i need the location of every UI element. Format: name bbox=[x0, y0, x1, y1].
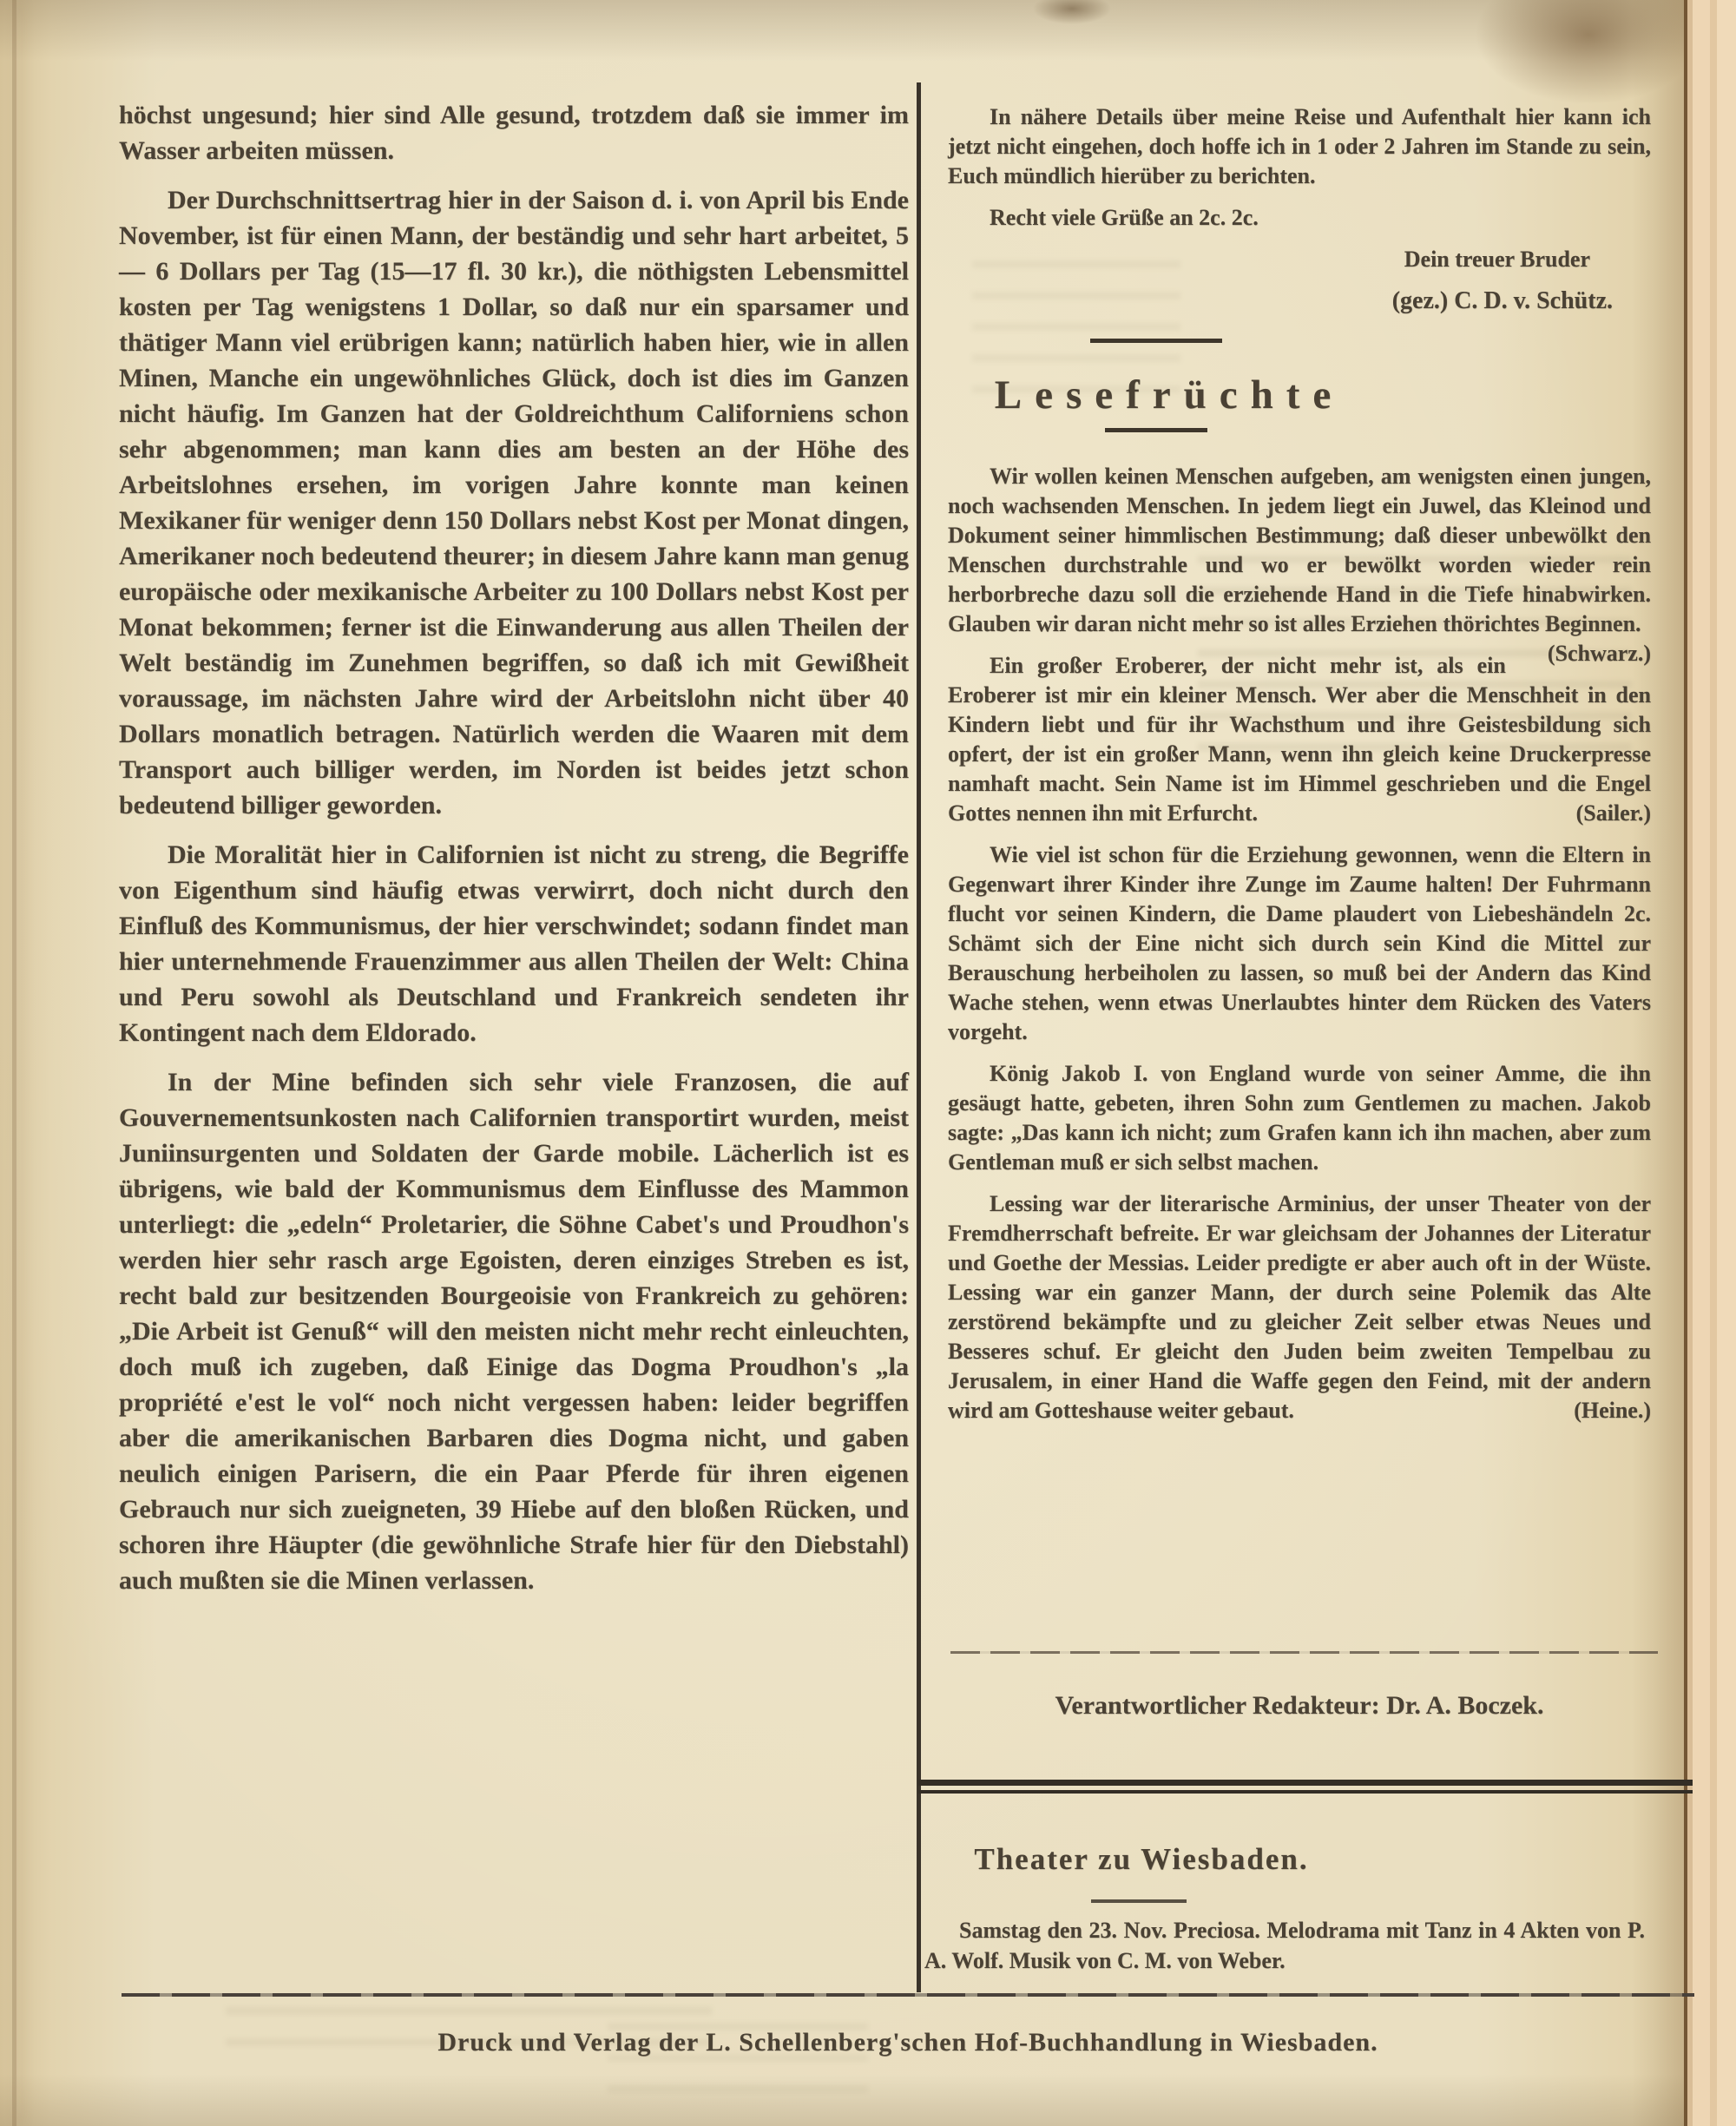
heading-underline-rule bbox=[1105, 428, 1207, 432]
editor-divider-rule bbox=[950, 1651, 1658, 1654]
attribution: (Heine.) bbox=[1532, 1396, 1651, 1425]
signature-line: Dein treuer Bruder bbox=[948, 245, 1651, 274]
section-double-rule bbox=[918, 1780, 1693, 1794]
letter-paragraph: In nähere Details über meine Reise und A… bbox=[948, 102, 1651, 191]
quote-text: Wie viel ist schon für die Erziehung gew… bbox=[948, 842, 1651, 1044]
attribution: (Sailer.) bbox=[1535, 799, 1651, 828]
article-paragraph: Die Moralität hier in Californien ist ni… bbox=[119, 837, 909, 1050]
lesefruechte-item: Lessing war der literarische Arminius, d… bbox=[948, 1189, 1651, 1425]
left-column: höchst ungesund; hier sind Alle gesund, … bbox=[119, 97, 909, 1612]
theater-announcement: Samstag den 23. Nov. Preciosa. Melodrama… bbox=[924, 1915, 1645, 1976]
lesefruechte-item: König Jakob I. von England wurde von sei… bbox=[948, 1059, 1651, 1177]
theater-heading-rule bbox=[1091, 1899, 1187, 1903]
ink-stain bbox=[1033, 0, 1111, 24]
newspaper-page: höchst ungesund; hier sind Alle gesund, … bbox=[0, 0, 1736, 2126]
bottom-edge-shade bbox=[0, 2074, 1736, 2126]
letter-greeting: Recht viele Grüße an 2c. 2c. bbox=[948, 203, 1651, 233]
lesefruechte-item: Wir wollen keinen Menschen aufgeben, am … bbox=[948, 462, 1651, 639]
attribution: (Schwarz.) bbox=[1506, 639, 1651, 668]
quote-text: Lessing war der literarische Arminius, d… bbox=[948, 1191, 1651, 1423]
section-divider-rule bbox=[1090, 339, 1222, 343]
article-paragraph: Der Durchschnittsertrag hier in der Sais… bbox=[119, 182, 909, 823]
gutter-crease bbox=[12, 0, 16, 2126]
column-divider-rule bbox=[917, 82, 921, 1992]
next-page-edge bbox=[1684, 0, 1736, 2126]
article-paragraph: höchst ungesund; hier sind Alle gesund, … bbox=[119, 97, 909, 168]
lesefruechte-item: Ein großer Eroberer, der nicht mehr ist,… bbox=[948, 651, 1651, 828]
footer-rule bbox=[122, 1993, 1694, 1997]
lesefruechte-item: Wie viel ist schon für die Erziehung gew… bbox=[948, 840, 1651, 1047]
signature-name: (gez.) C. D. v. Schütz. bbox=[948, 286, 1651, 316]
editor-line: Verantwortlicher Redakteur: Dr. A. Bocze… bbox=[948, 1691, 1651, 1721]
footer-imprint: Druck und Verlag der L. Schellenberg'sch… bbox=[122, 2028, 1694, 2057]
article-paragraph: In der Mine befinden sich sehr viele Fra… bbox=[119, 1064, 909, 1598]
lesefruechte-heading: Lesefrüchte bbox=[995, 372, 1345, 418]
right-column: In nähere Details über meine Reise und A… bbox=[948, 102, 1651, 1438]
quote-text: König Jakob I. von England wurde von sei… bbox=[948, 1061, 1651, 1175]
quote-text: Wir wollen keinen Menschen aufgeben, am … bbox=[948, 464, 1651, 636]
theater-heading: Theater zu Wiesbaden. bbox=[955, 1842, 1328, 1877]
